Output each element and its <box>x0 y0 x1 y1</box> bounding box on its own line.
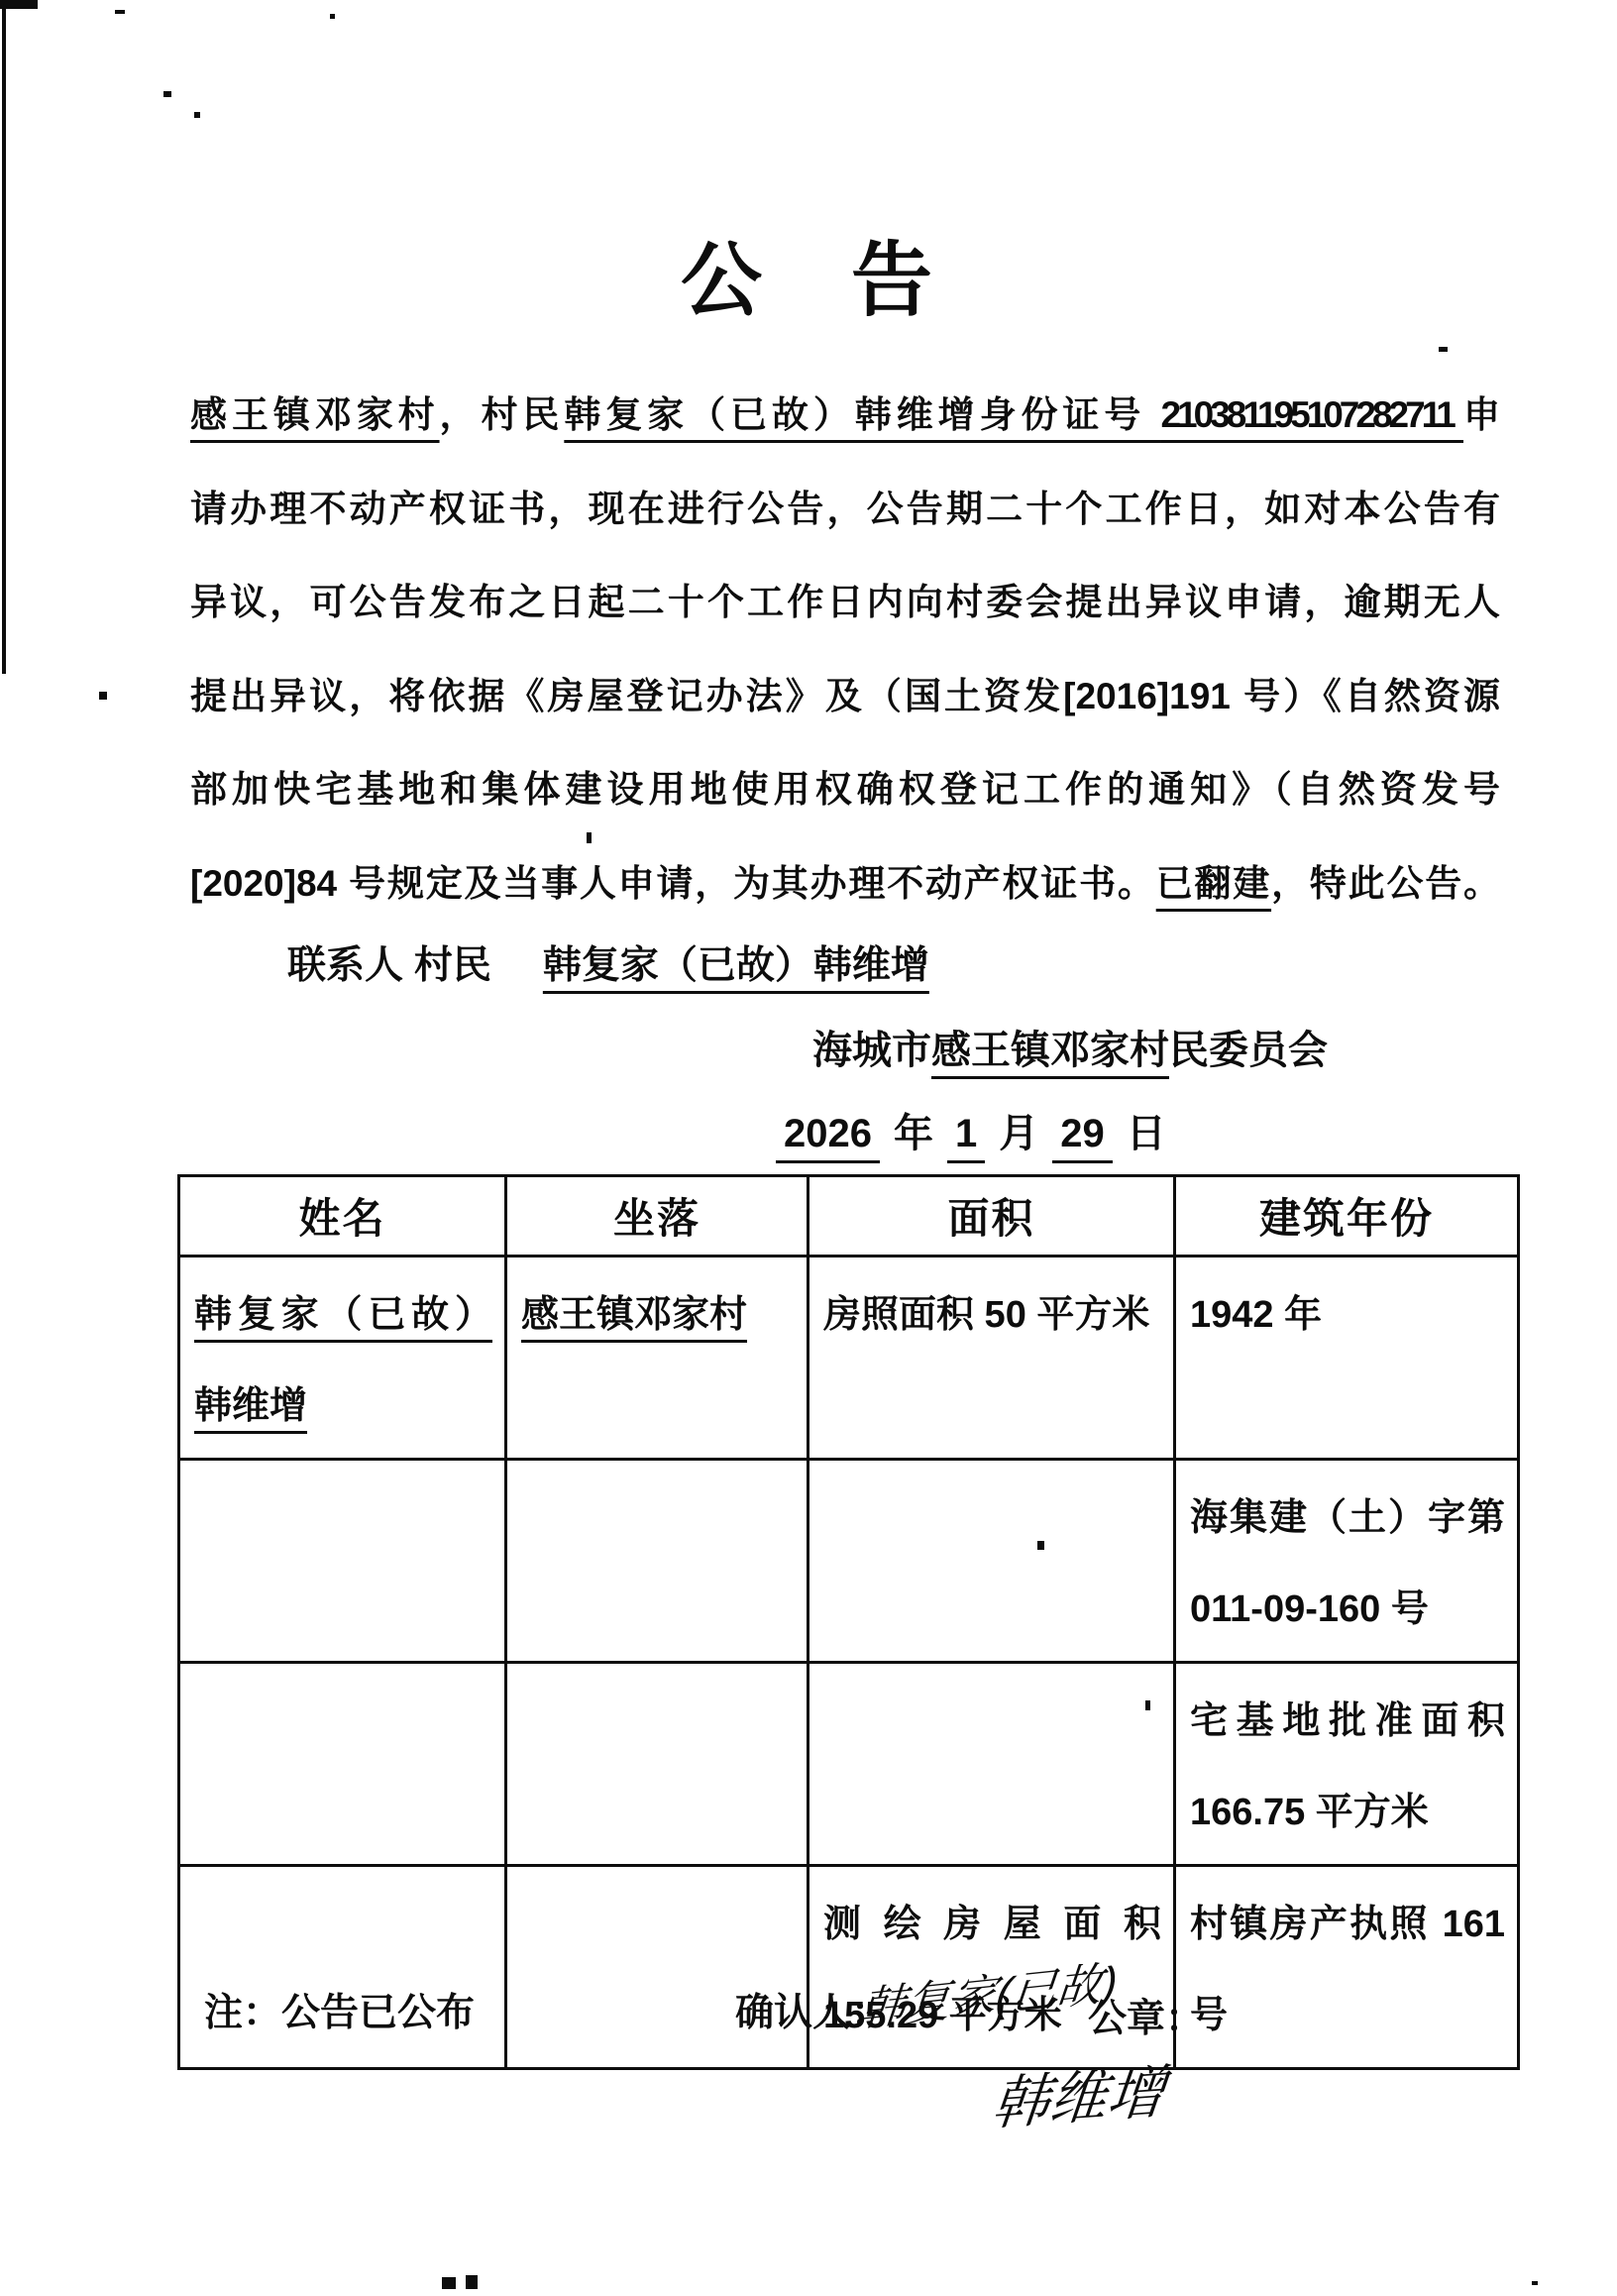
cell-year: 海集建（土）字第 011-09-160 号 <box>1175 1460 1519 1663</box>
cell-location <box>506 1866 808 2069</box>
header-area: 面积 <box>808 1176 1175 1257</box>
scanned-notice-page: 公 告 感王镇邓家村，村民韩复家（已故）韩维增身份证号 210381195107… <box>0 0 1617 2296</box>
body-line: [2020]84 号规定及当事人申请，为其办理不动产权证书。已翻建，特此公告。 <box>190 837 1500 931</box>
body-line: 提出异议，将依据《房屋登记办法》及（国土资发[2016]191 号）《自然资源 <box>190 650 1500 744</box>
date-year: 2026 <box>776 1112 880 1163</box>
cell-name: 韩复家（已故）韩维增 <box>179 1257 506 1460</box>
date-line: 2026年1月29日 <box>776 1102 1180 1158</box>
cell-area <box>808 1663 1175 1866</box>
scan-artifact <box>330 14 335 19</box>
committee-line: 海城市感王镇邓家村民委员会 <box>812 1019 1328 1075</box>
contact-name: 韩复家（已故）韩维增 <box>543 944 929 987</box>
cell-name <box>179 1663 506 1866</box>
scan-artifact <box>1532 2281 1538 2285</box>
scan-artifact <box>0 0 38 9</box>
cell-location <box>506 1460 808 1663</box>
body-line: 请办理不动产权证书，现在进行公告，公告期二十个工作日，如对本公告有 <box>190 463 1500 557</box>
cell-name <box>179 1460 506 1663</box>
scan-artifact <box>442 2277 456 2289</box>
committee-village: 感王镇邓家村 <box>931 1029 1169 1072</box>
cell-location: 感王镇邓家村 <box>506 1257 808 1460</box>
table-row: 宅基地批准面积 166.75 平方米 <box>179 1663 1519 1866</box>
notice-body: 感王镇邓家村，村民韩复家（已故）韩维增身份证号 2103811951072827… <box>190 369 1500 930</box>
scan-artifact <box>115 10 125 14</box>
table-header-row: 姓名 坐落 面积 建筑年份 <box>179 1176 1519 1257</box>
table-row: 韩复家（已故）韩维增 感王镇邓家村 房照面积 50 平方米 1942 年 <box>179 1257 1519 1460</box>
date-day: 29 <box>1052 1112 1113 1163</box>
scan-artifact <box>163 91 171 97</box>
body-line: 感王镇邓家村，村民韩复家（已故）韩维增身份证号 2103811951072827… <box>190 369 1500 463</box>
cell-area <box>808 1460 1175 1663</box>
property-table: 姓名 坐落 面积 建筑年份 韩复家（已故）韩维增 感王镇邓家村 房照面积 50 … <box>177 1174 1520 2070</box>
cell-year: 村镇房产执照 161 号 <box>1175 1866 1519 2069</box>
scan-artifact <box>2 0 6 674</box>
table-row: 海集建（土）字第 011-09-160 号 <box>179 1460 1519 1663</box>
scan-artifact <box>194 112 200 118</box>
date-month: 1 <box>947 1112 985 1163</box>
table-row: 测绘房屋面积 155.29 平方米 村镇房产执照 161 号 <box>179 1866 1519 2069</box>
contact-line: 联系人 村民韩复家（已故）韩维增 <box>287 934 929 990</box>
cell-name <box>179 1866 506 2069</box>
header-name: 姓名 <box>179 1176 506 1257</box>
cell-year: 1942 年 <box>1175 1257 1519 1460</box>
scan-artifact <box>466 2275 478 2289</box>
page-title: 公 告 <box>0 216 1617 332</box>
applicant-name: 韩复家（已故）韩维增身份证号 <box>564 394 1160 435</box>
scan-artifact <box>99 692 107 700</box>
id-number: 210381195107282711 <box>1160 394 1463 435</box>
contact-label: 联系人 村民 <box>287 944 491 987</box>
cell-location <box>506 1663 808 1866</box>
header-year: 建筑年份 <box>1175 1176 1519 1257</box>
note-label: 注：公告已公布 <box>204 1982 475 2037</box>
cell-year: 宅基地批准面积 166.75 平方米 <box>1175 1663 1519 1866</box>
village-name: 感王镇邓家村 <box>190 394 440 435</box>
header-location: 坐落 <box>506 1176 808 1257</box>
scan-artifact <box>1439 347 1448 352</box>
body-line: 部加快宅基地和集体建设用地使用权确权登记工作的通知》（自然资发号 <box>190 743 1500 837</box>
rebuilt-note: 已翻建 <box>1156 863 1271 904</box>
signature-handwriting-line2: 韩维增 <box>989 2045 1170 2141</box>
cell-area: 房照面积 50 平方米 <box>808 1257 1175 1460</box>
body-line: 异议，可公告发布之日起二十个工作日内向村委会提出异议申请，逾期无人 <box>190 556 1500 650</box>
